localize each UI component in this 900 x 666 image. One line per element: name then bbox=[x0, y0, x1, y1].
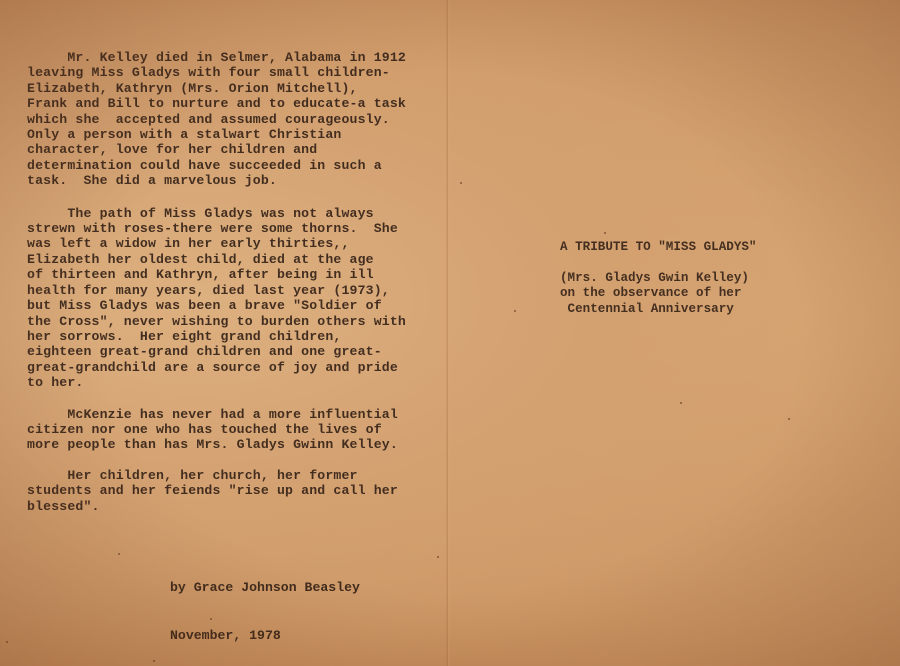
paper-speck bbox=[153, 660, 155, 662]
paper-speck bbox=[118, 553, 120, 555]
paper-speck bbox=[460, 182, 462, 184]
paper-speck bbox=[604, 232, 606, 234]
paper-speck bbox=[437, 556, 439, 558]
paper-speck bbox=[514, 310, 516, 312]
left-page: Mr. Kelley died in Selmer, Alabama in 19… bbox=[27, 50, 427, 544]
signature-date: November, 1978 bbox=[170, 628, 360, 644]
page-fold bbox=[446, 0, 450, 666]
paper-speck bbox=[788, 418, 790, 420]
signature-block: by Grace Johnson Beasley November, 1978 bbox=[170, 548, 360, 660]
paper-speck bbox=[680, 402, 682, 404]
right-page: A TRIBUTE TO "MISS GLADYS" (Mrs. Gladys … bbox=[560, 240, 800, 317]
paragraph-4: Her children, her church, her former stu… bbox=[27, 468, 427, 514]
paragraph-3: McKenzie has never had a more influentia… bbox=[27, 407, 427, 453]
paragraph-1: Mr. Kelley died in Selmer, Alabama in 19… bbox=[27, 50, 427, 189]
paragraph-2: The path of Miss Gladys was not always s… bbox=[27, 206, 427, 391]
signature-author: by Grace Johnson Beasley bbox=[170, 580, 360, 596]
tribute-title: A TRIBUTE TO "MISS GLADYS" bbox=[560, 240, 800, 255]
paper-speck bbox=[210, 618, 212, 620]
paper-speck bbox=[6, 641, 8, 643]
tribute-subtitle: (Mrs. Gladys Gwin Kelley) on the observa… bbox=[560, 271, 800, 317]
